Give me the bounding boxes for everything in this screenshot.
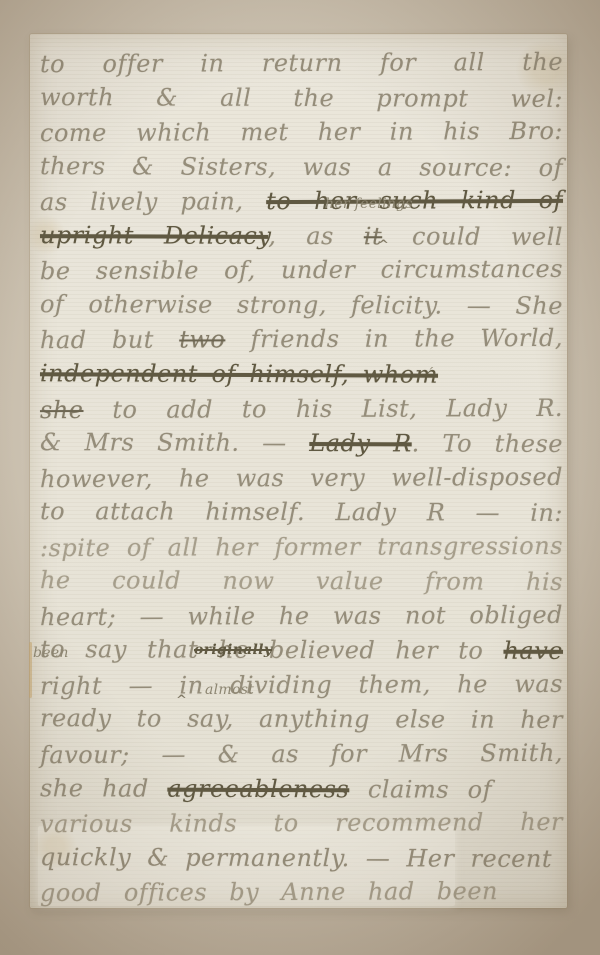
caret-mark: ^ [176, 693, 187, 708]
struck-text: two [179, 326, 225, 354]
manuscript-line: favour; — & as for Mrs Smith, [40, 737, 563, 772]
handwritten-text: be sensible of, under circumstances [40, 255, 563, 285]
manuscript-line: as lively pain, to her such kind of [40, 184, 563, 219]
manuscript-line: had but two friends in the World, [40, 322, 563, 357]
handwritten-text: ready to say, anything else in her [40, 705, 563, 735]
handwritten-text: . To these [412, 429, 563, 458]
manuscript-line: upright Delicacy, as it could well [40, 219, 563, 254]
handwritten-text: good offices by Anne had been [40, 877, 498, 907]
interlinear-insertion: been [33, 645, 69, 661]
manuscript-line: be sensible of, under circumstances [40, 253, 563, 288]
manuscript-photo: to offer in return for all theworth & al… [0, 0, 600, 955]
manuscript-line: to offer in return for all the [40, 46, 563, 81]
manuscript-line: :spite of all her former transgressions [40, 530, 563, 565]
handwritten-text: had but [40, 326, 179, 355]
manuscript-line: to say that he believed her to have [40, 633, 563, 668]
struck-text: upright Delicacy [40, 221, 268, 250]
struck-text: independent of himself, whom [40, 359, 438, 388]
interlinear-insertion: ´ [426, 366, 433, 382]
margin-mark [29, 642, 32, 698]
interlinear-insertion: her feelings [325, 196, 413, 212]
manuscript-line: ready to say, anything else in her [40, 703, 563, 738]
handwritten-text: quickly & permanently. — Her recent [40, 843, 552, 873]
manuscript-line: & Mrs Smith. — Lady R. To these [40, 426, 563, 461]
handwritten-text: could well [382, 222, 563, 251]
handwritten-text: thers & Sisters, was a source: of [40, 152, 563, 182]
handwritten-text: various kinds to recommend her [40, 808, 563, 838]
manuscript-line: she had agreeableness claims of [40, 772, 492, 807]
handwritten-text: :spite of all her former transgressions [40, 532, 563, 562]
manuscript-line: various kinds to recommend her [40, 806, 563, 841]
manuscript-line: of otherwise strong, felicity. — She [40, 288, 563, 323]
interlinear-insertion: almost [205, 682, 254, 698]
interlinear-insertion: originally [194, 642, 272, 658]
manuscript-line: right — in dividing them, he was [40, 668, 563, 703]
manuscript-line: independent of himself, whom [40, 357, 438, 391]
struck-text: agreeableness [167, 774, 349, 803]
handwritten-text: he could now value from his [40, 566, 563, 596]
manuscript-line: she to add to his List, Lady R. [40, 391, 563, 426]
manuscript-line: he could now value from his [40, 564, 563, 599]
handwritten-text: come which met her in his Bro: [40, 117, 563, 147]
handwritten-text: , as [268, 222, 364, 250]
manuscript-line: to attach himself. Lady R — in: [40, 495, 563, 530]
struck-text: have [503, 637, 563, 665]
struck-text: she [40, 395, 84, 423]
manuscript-line: thers & Sisters, was a source: of [40, 150, 563, 185]
handwritten-text: & Mrs Smith. — [40, 428, 309, 457]
manuscript-line: quickly & permanently. — Her recent [40, 841, 552, 876]
manuscript-line: heart; — while he was not obliged [40, 599, 563, 634]
handwritten-text: right — in dividing them, he was [40, 670, 563, 700]
handwritten-text: to offer in return for all the [40, 48, 563, 78]
handwritten-text: as lively pain, [40, 187, 266, 216]
handwritten-text: heart; — while he was not obliged [40, 601, 563, 631]
handwritten-text: to attach himself. Lady R — in: [40, 497, 563, 527]
manuscript-line: come which met her in his Bro: [40, 115, 563, 150]
struck-text: Lady R [309, 429, 411, 457]
handwritten-text: claims of [349, 775, 492, 803]
handwritten-text: however, he was very well-disposed [40, 462, 563, 492]
handwritten-text: of otherwise strong, felicity. — She [40, 290, 563, 320]
handwritten-text: worth & all the prompt wel: [40, 83, 563, 113]
manuscript-line: however, he was very well-disposed [40, 460, 563, 495]
manuscript-line: good offices by Anne had been [40, 875, 498, 910]
handwritten-text: favour; — & as for Mrs Smith, [40, 739, 563, 769]
manuscript-line: worth & all the prompt wel: [40, 81, 563, 116]
handwritten-text: friends in the World, [225, 324, 563, 353]
caret-mark: ^ [378, 238, 389, 253]
handwritten-text: to add to his List, Lady R. [83, 393, 563, 423]
handwritten-text: she had [40, 774, 167, 802]
